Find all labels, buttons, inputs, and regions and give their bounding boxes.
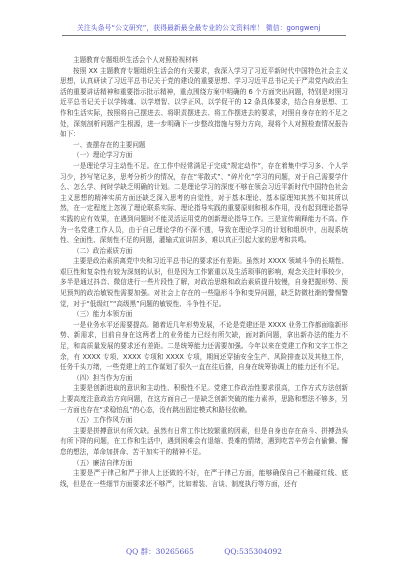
subsection-body-political: 主要是政治素质离党中央和习近平总书记的要求还有差距。虽然对 XXXX 领域斗争的… <box>60 256 348 309</box>
subsection-heading-ability: （三）能力本领方面 <box>60 309 348 320</box>
subsection-body-ability: 一是业务水平还需要提高。随着近几年形势发展，不论是党建还是 XXXX 业务工作都… <box>60 320 348 373</box>
footer-contact: QQ 群：30265665 QQ:535304092 <box>0 546 408 557</box>
footer-qq: QQ:535304092 <box>224 547 282 556</box>
header-banner-text[interactable]: 关注头条号“公文研究”，获得最新最全最专业的公文资料库！ 微信：gongwenj <box>77 24 320 32</box>
document-title: 主题教育专题组织生活会个人对照检视材料 <box>60 55 348 66</box>
intro-paragraph: 按照 XX 主题教育专题组织生活会的有关要求，我深入学习了习近平新时代中国特色社… <box>60 66 348 140</box>
header-banner[interactable]: 关注头条号“公文研究”，获得最新最全最专业的公文资料库！ 微信：gongwenj <box>63 22 345 36</box>
subsection-body-theory: 一是理论学习主动性不足。在工作中经常满足于完成“规定动作”，存在着集中学习多、个… <box>60 161 348 246</box>
subsection-heading-integrity: （五）廉洁自律方面 <box>60 458 348 469</box>
subsection-body-integrity: 主要是严于律己和严于律人上还做的不好，在严于律己方面，能够确保自己不触碰红线、底… <box>60 468 348 489</box>
header-divider <box>62 35 346 36</box>
subsection-heading-work-style: （五）工作作风方面 <box>60 415 348 426</box>
subsection-heading-responsibility: （四）担当作为方面 <box>60 373 348 384</box>
footer-qq-group: QQ 群：30265665 <box>126 547 194 556</box>
subsection-heading-political: （二）政治素质方面 <box>60 246 348 257</box>
subsection-body-work-style: 主要是拼搏意识有所欠缺。虽然有日常工作比较繁重的因素，但是自身也存在奋斗、拼搏劲… <box>60 426 348 458</box>
subsection-heading-theory: （一）理论学习方面 <box>60 150 348 161</box>
subsection-body-responsibility: 主要是创新进取的意识和主动性、积极性不足。党建工作政治性要求很高，工作方式方法创… <box>60 383 348 415</box>
section-heading: 一、查摆存在的主要问题 <box>60 140 348 151</box>
document-body: 主题教育专题组织生活会个人对照检视材料 按照 XX 主题教育专题组织生活会的有关… <box>60 55 348 489</box>
